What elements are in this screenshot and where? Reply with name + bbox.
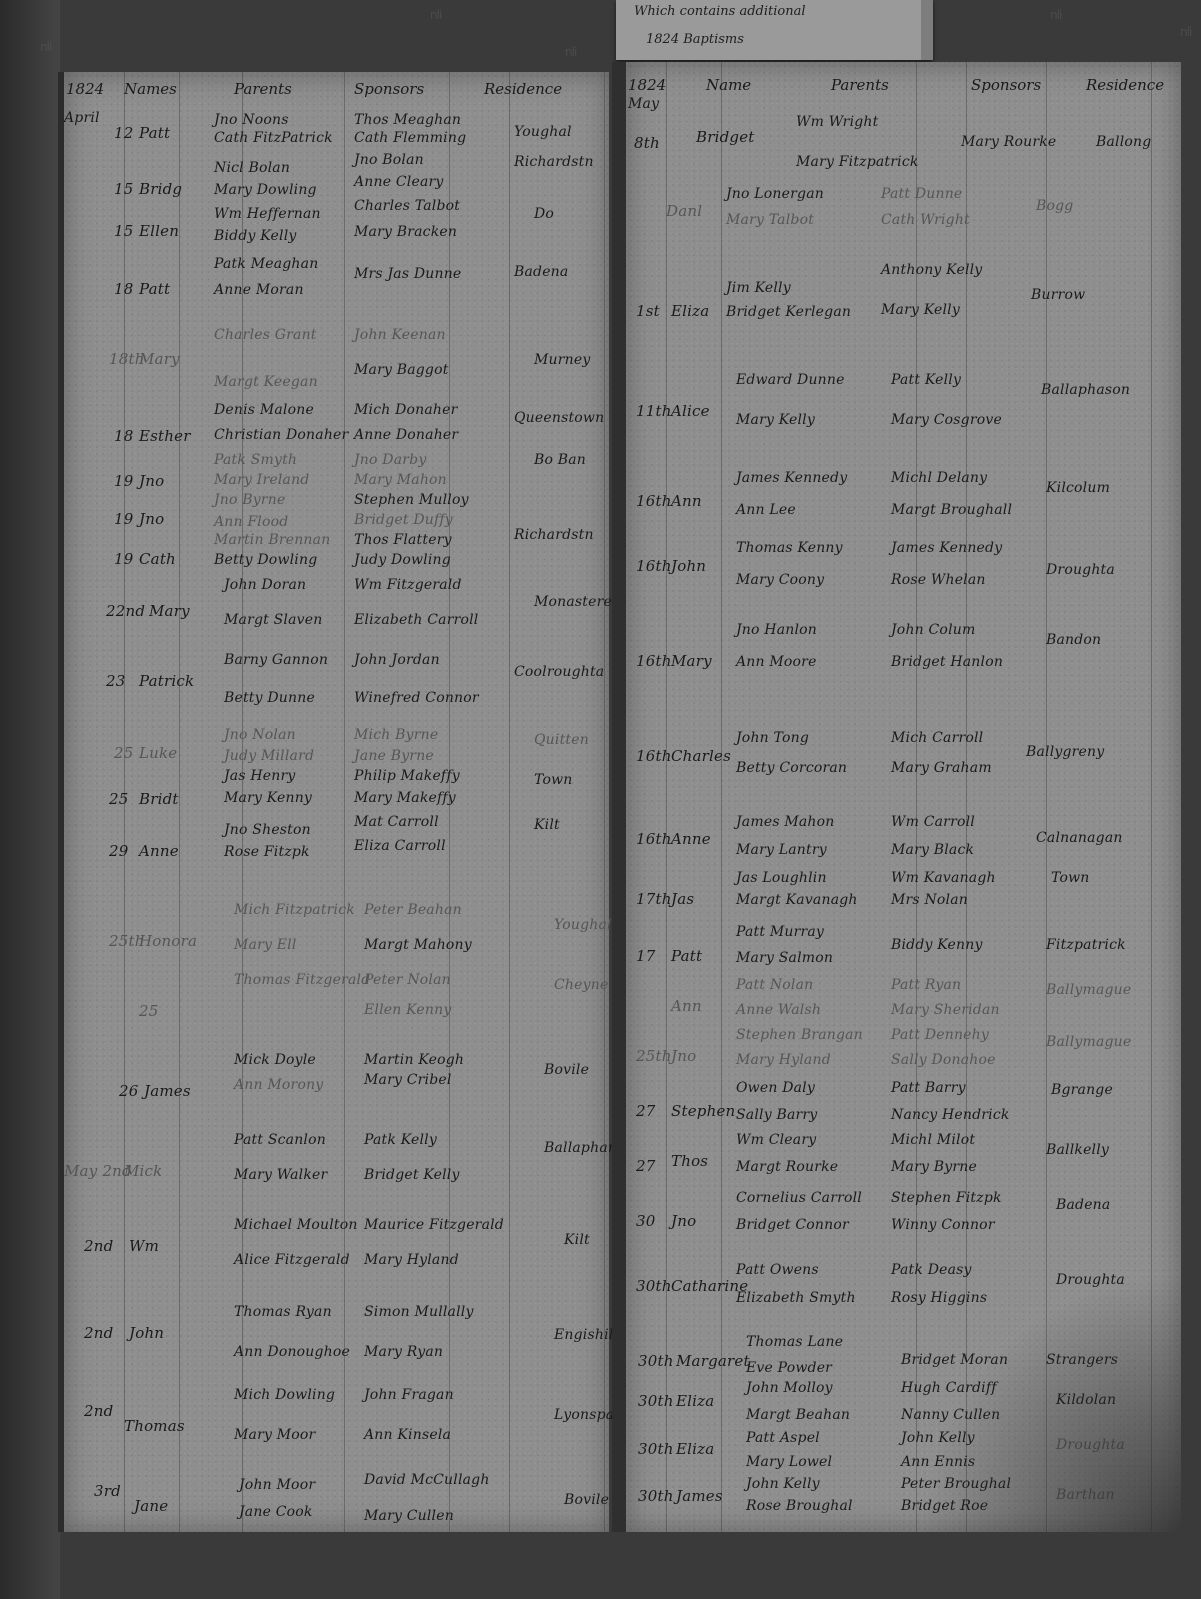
watermark: nli [1050, 8, 1061, 22]
entry-parents: John Kelly [746, 1476, 820, 1492]
entry-parents: Jno Nolan [224, 727, 296, 743]
entry-residence: Droughta [1046, 562, 1115, 578]
entry-sponsors: Jno Darby [354, 452, 426, 468]
entry-parents: Eve Powder [746, 1360, 832, 1376]
entry-date: 16th [636, 830, 672, 848]
entry-parents: Patk Meaghan [214, 256, 318, 272]
entry-name: Mary [671, 652, 712, 670]
entry-parents: Rose Fitzpk [224, 844, 310, 860]
entry-parents: Mary Fitzpatrick [796, 154, 919, 170]
entry-residence: Richardstn [514, 154, 594, 170]
entry-name: Bridt [139, 790, 179, 808]
entry-parents: Mary Moor [234, 1427, 315, 1443]
entry-parents: Mary Coony [736, 572, 824, 588]
entry-sponsors: Bridget Roe [901, 1498, 988, 1514]
slip-line-1: Which contains additional [634, 4, 806, 19]
entry-name: Alice [671, 402, 710, 420]
entry-sponsors: Martin Keogh [364, 1052, 464, 1068]
entry-residence: Town [1051, 870, 1089, 886]
entry-parents: Christian Donaher [214, 427, 348, 443]
entry-residence: Bogg [1036, 198, 1073, 214]
entry-parents: Mary Ireland [214, 472, 309, 488]
entry-date: 17th [636, 890, 672, 908]
entry-sponsors: Mrs Nolan [891, 892, 968, 908]
entry-name: Eliza [676, 1440, 714, 1458]
entry-residence: Strangers [1046, 1352, 1118, 1368]
entry-sponsors: Margt Broughall [891, 502, 1012, 518]
entry-residence: Ballaphason [1041, 382, 1130, 398]
entry-date: 22nd [106, 602, 145, 620]
entry-sponsors: Ann Kinsela [364, 1427, 451, 1443]
entry-sponsors: James Kennedy [891, 540, 1002, 556]
entry-date: 3rd [94, 1482, 121, 1500]
entry-residence: Youghal [514, 124, 572, 140]
entry-residence: Ballkelly [1046, 1142, 1109, 1158]
entry-sponsors: Hugh Cardiff [901, 1380, 997, 1396]
entry-parents: Thomas Lane [746, 1334, 843, 1350]
header-parents: Parents [831, 76, 889, 94]
entry-name: Patt [139, 124, 170, 142]
entry-parents: Judy Millard [224, 748, 314, 764]
column-rule [721, 62, 722, 1532]
entry-parents: Rose Broughal [746, 1498, 853, 1514]
entry-sponsors: Mary Sheridan [891, 1002, 1000, 1018]
entry-residence: Kilcolum [1046, 480, 1110, 496]
entry-sponsors: Winefred Connor [354, 690, 479, 706]
entry-sponsors: Mary Byrne [891, 1159, 977, 1175]
entry-name: Margaret [676, 1352, 750, 1370]
entry-sponsors: Elizabeth Carroll [354, 612, 478, 628]
entry-date: 23 [106, 672, 126, 690]
entry-sponsors: David McCullagh [364, 1472, 490, 1488]
entry-sponsors: Thos Flattery [354, 532, 452, 548]
entry-residence: Burrow [1031, 287, 1085, 303]
entry-sponsors: Nancy Hendrick [891, 1107, 1010, 1123]
entry-residence: Ballymague [1046, 1034, 1131, 1050]
entry-parents: Margt Rourke [736, 1159, 838, 1175]
entry-name: James [676, 1487, 723, 1505]
entry-name: Danl [666, 202, 702, 220]
entry-parents: Cath FitzPatrick [214, 130, 333, 146]
entry-sponsors: Patk Deasy [891, 1262, 972, 1278]
entry-parents: Bridget Kerlegan [726, 304, 851, 320]
entry-parents: Mary Kelly [736, 412, 815, 428]
entry-parents: Mich Dowling [234, 1387, 335, 1403]
entry-parents: Thomas Kenny [736, 540, 843, 556]
entry-sponsors: Wm Kavanagh [891, 870, 996, 886]
entry-sponsors: Charles Talbot [354, 198, 460, 214]
entry-sponsors: Anne Cleary [354, 174, 444, 190]
entry-name: Ann [671, 997, 702, 1015]
entry-sponsors: Mich Carroll [891, 730, 983, 746]
column-rule [344, 72, 345, 1532]
entry-parents: Thomas Ryan [234, 1304, 332, 1320]
entry-parents: Patt Scanlon [234, 1132, 326, 1148]
entry-date: 8th [634, 134, 660, 152]
entry-parents: Margt Kavanagh [736, 892, 858, 908]
entry-sponsors: Mary Cribel [364, 1072, 452, 1088]
entry-date: 30th [638, 1440, 674, 1458]
entry-date: 30 [636, 1212, 656, 1230]
entry-name: Cath [139, 550, 176, 568]
entry-date: 27 [636, 1157, 656, 1175]
entry-date: 18 [114, 427, 134, 445]
entry-date: 30th [638, 1392, 674, 1410]
entry-date: 11th [636, 402, 672, 420]
entry-residence: Bovile [544, 1062, 589, 1078]
column-rule [1046, 62, 1047, 1532]
entry-date: 1st [636, 302, 660, 320]
entry-name: Esther [139, 427, 191, 445]
watermark: nli [430, 8, 441, 22]
entry-sponsors: Ann Ennis [901, 1454, 975, 1470]
entry-residence: Richardstn [514, 527, 594, 543]
entry-sponsors: Peter Beahan [364, 902, 462, 918]
header-sponsors: Sponsors [971, 76, 1041, 94]
entry-sponsors: Stephen Mulloy [354, 492, 469, 508]
entry-residence: Town [534, 772, 572, 788]
entry-name: Eliza [671, 302, 709, 320]
entry-parents: Denis Malone [214, 402, 314, 418]
entry-parents: Michael Moulton [234, 1217, 358, 1233]
entry-name: Jno [671, 1047, 696, 1065]
entry-parents: Martin Brennan [214, 532, 330, 548]
entry-residence: Queenstown [514, 410, 604, 426]
entry-date: 27 [636, 1102, 656, 1120]
entry-residence: Youghal [554, 917, 612, 933]
entry-sponsors: Mich Byrne [354, 727, 438, 743]
entry-residence: Droughta [1056, 1272, 1125, 1288]
column-rule [509, 72, 510, 1532]
entry-parents: Mary Ell [234, 937, 297, 953]
entry-parents: Jas Loughlin [736, 870, 827, 886]
entry-name: Luke [139, 744, 177, 762]
entry-parents: Jno Byrne [214, 492, 286, 508]
header-sponsors: Sponsors [354, 80, 424, 98]
entry-parents: John Molloy [746, 1380, 833, 1396]
entry-name: Jas [671, 890, 694, 908]
entry-name: Patrick [139, 672, 194, 690]
entry-sponsors: Jno Bolan [354, 152, 424, 168]
entry-residence: Droughta [1056, 1437, 1125, 1453]
entry-name: Patt [671, 947, 702, 965]
entry-parents: Ann Flood [214, 514, 288, 530]
entry-parents: Jno Lonergan [726, 186, 824, 202]
entry-name: James [144, 1082, 191, 1100]
watermark: nli [1180, 25, 1191, 39]
entry-name: Mary [139, 350, 180, 368]
entry-sponsors: Peter Broughal [901, 1476, 1011, 1492]
entry-parents: Betty Corcoran [736, 760, 847, 776]
entry-parents: Mick Doyle [234, 1052, 316, 1068]
entry-parents: Sally Barry [736, 1107, 817, 1123]
header-names: Names [124, 80, 177, 98]
entry-sponsors: Patt Dunne [881, 186, 962, 202]
entry-name: Anne [139, 842, 179, 860]
entry-name: Honora [139, 932, 197, 950]
entry-sponsors: Philip Makeffy [354, 768, 460, 784]
entry-sponsors: Patt Dennehy [891, 1027, 989, 1043]
entry-residence: Kilt [564, 1232, 590, 1248]
entry-date: 12 [114, 124, 134, 142]
entry-residence: Ballymague [1046, 982, 1131, 998]
entry-sponsors: Mich Donaher [354, 402, 458, 418]
entry-parents: Jno Hanlon [736, 622, 817, 638]
entry-parents: Patt Murray [736, 924, 824, 940]
entry-sponsors: Sally Donahoe [891, 1052, 996, 1068]
entry-sponsors: Mary Hyland [364, 1252, 459, 1268]
entry-sponsors: Mary Makeffy [354, 790, 456, 806]
entry-date: 16th [636, 492, 672, 510]
header-residence: Residence [1086, 76, 1164, 94]
entry-name: Jno [139, 472, 164, 490]
entry-sponsors: Margt Mahony [364, 937, 472, 953]
entry-sponsors: John Keenan [354, 327, 446, 343]
entry-name: Jno [139, 510, 164, 528]
slip-line-2: 1824 Baptisms [646, 32, 744, 47]
entry-name: Mary [149, 602, 190, 620]
entry-name: Thomas [124, 1417, 185, 1435]
entry-sponsors: Simon Mullally [364, 1304, 474, 1320]
entry-parents: Biddy Kelly [214, 228, 296, 244]
column-rule [916, 62, 917, 1532]
entry-name: Wm [129, 1237, 159, 1255]
column-rule [179, 72, 180, 1532]
entry-parents: Patt Owens [736, 1262, 819, 1278]
entry-sponsors: Bridget Moran [901, 1352, 1008, 1368]
watermark: nli [565, 45, 576, 59]
entry-name: Jno [671, 1212, 696, 1230]
month-label: April [64, 110, 100, 126]
entry-residence: Badena [514, 264, 568, 280]
entry-sponsors: Eliza Carroll [354, 838, 446, 854]
entry-residence: Cheyne [554, 977, 608, 993]
entry-parents: Mary Walker [234, 1167, 327, 1183]
entry-parents: Patk Smyth [214, 452, 297, 468]
header-name: Name [706, 76, 751, 94]
entry-sponsors: Jane Byrne [354, 748, 434, 764]
entry-residence: Do [534, 206, 554, 222]
entry-residence: Bovile [564, 1492, 609, 1508]
entry-date: 30th [636, 1277, 672, 1295]
entry-sponsors: Maurice Fitzgerald [364, 1217, 504, 1233]
entry-residence: Kilt [534, 817, 560, 833]
entry-parents: John Moor [239, 1477, 315, 1493]
month-label: May [628, 96, 659, 112]
entry-date: 16th [636, 557, 672, 575]
entry-sponsors: Mat Carroll [354, 814, 439, 830]
entry-parents: Bridget Connor [736, 1217, 849, 1233]
entry-name: Eliza [676, 1392, 714, 1410]
entry-sponsors: Mrs Jas Dunne [354, 266, 461, 282]
tipped-in-note-slip: Which contains additional 1824 Baptisms [616, 0, 933, 60]
entry-residence: Murney [534, 352, 590, 368]
entry-date: 2nd [84, 1402, 113, 1420]
entry-parents: Jno Sheston [224, 822, 311, 838]
entry-sponsors: Winny Connor [891, 1217, 995, 1233]
entry-name: Ellen [139, 222, 179, 240]
entry-sponsors: Bridget Duffy [354, 512, 453, 528]
entry-parents: Edward Dunne [736, 372, 845, 388]
entry-name: Thos [671, 1152, 708, 1170]
entry-name: John [671, 557, 706, 575]
entry-sponsors: Mary Cosgrove [891, 412, 1002, 428]
entry-sponsors: John Fragan [364, 1387, 454, 1403]
entry-date: 30th [638, 1487, 674, 1505]
entry-parents: Patt Aspel [746, 1430, 820, 1446]
entry-sponsors: Stephen Fitzpk [891, 1190, 1002, 1206]
entry-name: John [129, 1324, 164, 1342]
entry-sponsors: Michl Milot [891, 1132, 975, 1148]
entry-sponsors: Michl Delany [891, 470, 987, 486]
entry-parents: Mary Lowel [746, 1454, 832, 1470]
entry-parents: James Kennedy [736, 470, 847, 486]
entry-date: 15 [114, 222, 134, 240]
entry-sponsors: Anne Donaher [354, 427, 458, 443]
entry-date: 29 [109, 842, 129, 860]
entry-parents: Jane Cook [239, 1504, 313, 1520]
entry-parents: Elizabeth Smyth [736, 1290, 856, 1306]
entry-parents: John Doran [224, 577, 306, 593]
entry-parents: Jas Henry [224, 768, 296, 784]
entry-parents: Mary Kenny [224, 790, 312, 806]
header-year: 1824 [66, 80, 104, 98]
entry-parents: Jim Kelly [726, 280, 791, 296]
entry-date: 15 [114, 180, 134, 198]
entry-parents: Jno Noons [214, 112, 289, 128]
entry-name: Mick [124, 1162, 162, 1180]
entry-sponsors: Mary Kelly [881, 302, 960, 318]
entry-residence: Coolroughta [514, 664, 604, 680]
entry-parents: Thomas Fitzgerald [234, 972, 370, 988]
entry-sponsors: Mary Black [891, 842, 974, 858]
entry-parents: Stephen Brangan [736, 1027, 863, 1043]
entry-parents: Nicl Bolan [214, 160, 290, 176]
entry-sponsors: John Jordan [354, 652, 440, 668]
entry-name: Ann [671, 492, 702, 510]
entry-residence: Fitzpatrick [1046, 937, 1126, 953]
column-rule [966, 62, 967, 1532]
entry-parents: Ann Donoughoe [234, 1344, 350, 1360]
entry-date: 19 [114, 550, 134, 568]
entry-parents: Charles Grant [214, 327, 317, 343]
entry-parents: Betty Dowling [214, 552, 317, 568]
entry-residence: Engishill [554, 1327, 618, 1343]
entry-residence: Ballygreny [1026, 744, 1104, 760]
entry-date: 25th [636, 1047, 672, 1065]
entry-sponsors: Cath Wright [881, 212, 970, 228]
entry-parents: James Mahon [736, 814, 835, 830]
entry-residence: Bo Ban [534, 452, 586, 468]
entry-parents: Ann Lee [736, 502, 796, 518]
column-rule [666, 62, 667, 1532]
entry-name: Bridget [696, 128, 755, 146]
entry-sponsors: Patt Kelly [891, 372, 961, 388]
entry-parents: Margt Slaven [224, 612, 322, 628]
entry-sponsors: Biddy Kenny [891, 937, 983, 953]
entry-residence: Bandon [1046, 632, 1101, 648]
entry-parents: Mich Fitzpatrick [234, 902, 355, 918]
entry-name: Bridg [139, 180, 182, 198]
entry-parents: Anne Moran [214, 282, 304, 298]
entry-residence: Badena [1056, 1197, 1110, 1213]
entry-sponsors: Ellen Kenny [364, 1002, 451, 1018]
entry-residence: Kildolan [1056, 1392, 1116, 1408]
left-register-page: 1824 Names Parents Sponsors Residence Ap… [58, 72, 609, 1532]
entry-sponsors: Patt Barry [891, 1080, 966, 1096]
entry-parents: John Tong [736, 730, 809, 746]
entry-parents: Mary Hyland [736, 1052, 831, 1068]
entry-parents: Mary Lantry [736, 842, 827, 858]
header-year: 1824 [628, 76, 666, 94]
entry-parents: Wm Heffernan [214, 206, 321, 222]
entry-name: Stephen [671, 1102, 735, 1120]
entry-residence: Bgrange [1051, 1082, 1113, 1098]
watermark: nli [40, 40, 51, 54]
entry-date: May 2nd [64, 1162, 132, 1180]
entry-parents: Betty Dunne [224, 690, 315, 706]
entry-sponsors: Rose Whelan [891, 572, 986, 588]
entry-sponsors: Mary Bracken [354, 224, 457, 240]
entry-sponsors: Rosy Higgins [891, 1290, 987, 1306]
entry-parents: Patt Nolan [736, 977, 813, 993]
entry-date: 19 [114, 510, 134, 528]
entry-sponsors: Mary Ryan [364, 1344, 443, 1360]
entry-date: 25 [139, 1002, 159, 1020]
entry-sponsors: Patt Ryan [891, 977, 961, 993]
entry-sponsors: Patk Kelly [364, 1132, 437, 1148]
header-parents: Parents [234, 80, 292, 98]
entry-date: 17 [636, 947, 656, 965]
entry-sponsors: John Kelly [901, 1430, 975, 1446]
entry-parents: Cornelius Carroll [736, 1190, 862, 1206]
entry-sponsors: Peter Nolan [364, 972, 451, 988]
entry-name: Patt [139, 280, 170, 298]
entry-parents: Barny Gannon [224, 652, 328, 668]
entry-sponsors: Anthony Kelly [881, 262, 982, 278]
entry-sponsors: Bridget Kelly [364, 1167, 460, 1183]
entry-residence: Ballong [1096, 134, 1151, 150]
entry-sponsors: Mary Rourke [961, 134, 1056, 150]
entry-parents: Anne Walsh [736, 1002, 821, 1018]
entry-parents: Mary Talbot [726, 212, 814, 228]
entry-sponsors: Wm Carroll [891, 814, 975, 830]
entry-parents: Mary Salmon [736, 950, 833, 966]
column-rule [1151, 62, 1152, 1532]
entry-sponsors: Bridget Hanlon [891, 654, 1003, 670]
entry-parents: Owen Daly [736, 1080, 815, 1096]
entry-sponsors: Thos Meaghan [354, 112, 461, 128]
entry-residence: Ballaphan [544, 1140, 617, 1156]
entry-sponsors: John Colum [891, 622, 975, 638]
entry-date: 26 [119, 1082, 139, 1100]
header-residence: Residence [484, 80, 562, 98]
entry-sponsors: Cath Flemming [354, 130, 466, 146]
entry-date: 19 [114, 472, 134, 490]
entry-date: 16th [636, 652, 672, 670]
entry-residence: Calnanagan [1036, 830, 1123, 846]
entry-parents: Wm Cleary [736, 1132, 816, 1148]
column-rule [604, 72, 605, 1532]
entry-date: 2nd [84, 1237, 113, 1255]
right-register-page: 1824 Name Parents Sponsors Residence May… [612, 62, 1181, 1532]
entry-sponsors: Nanny Cullen [901, 1407, 1000, 1423]
entry-residence: Barthan [1056, 1487, 1115, 1503]
entry-parents: Ann Moore [736, 654, 817, 670]
entry-name: Charles [671, 747, 731, 765]
entry-sponsors: Judy Dowling [354, 552, 451, 568]
entry-date: 30th [638, 1352, 674, 1370]
